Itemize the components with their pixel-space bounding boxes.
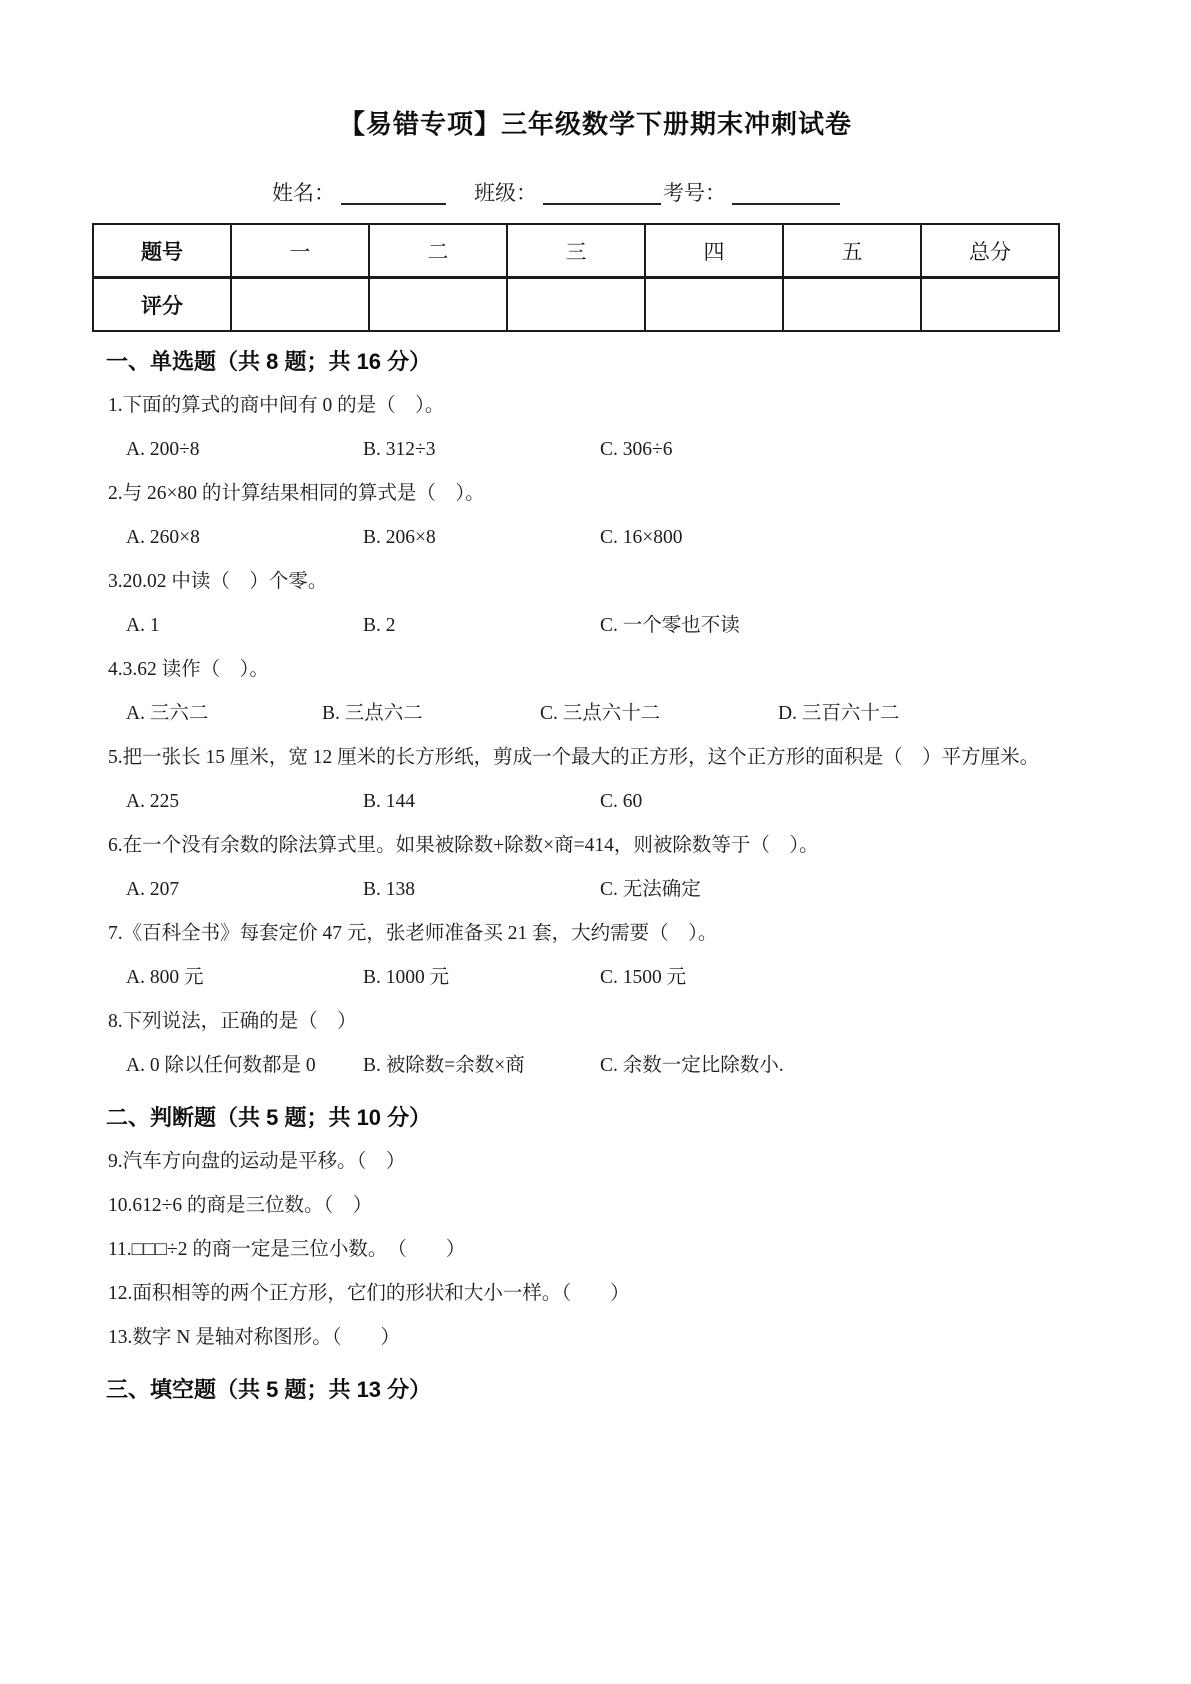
- exam-no-blank: [732, 180, 840, 205]
- question-text: 3.20.02 中读（ ）个零。: [0, 560, 1191, 604]
- exam-paper: 【易错专项】三年级数学下册期末冲刺试卷 姓名：班级：考号： 题号 一 二 三 四…: [0, 0, 1191, 1684]
- option: C. 16×800: [600, 516, 683, 560]
- question-section: 一、单选题（共 8 题；共 16 分）1.下面的算式的商中间有 0 的是（ ）。…: [0, 340, 1191, 1088]
- options-row: A. 1B. 2C. 一个零也不读: [0, 604, 1191, 648]
- score-table-header-row: 题号 一 二 三 四 五 总分: [93, 224, 1059, 278]
- option: C. 60: [600, 780, 642, 824]
- exam-no-label: 考号：: [663, 181, 726, 205]
- score-cell: [369, 278, 507, 332]
- score-cell: [783, 278, 921, 332]
- score-table-header-cell: 四: [645, 224, 783, 278]
- question-text: 7.《百科全书》每套定价 47 元，张老师准备买 21 套，大约需要（ ）。: [0, 912, 1191, 956]
- score-cell: [921, 278, 1059, 332]
- question-text: 5.把一张长 15 厘米，宽 12 厘米的长方形纸，剪成一个最大的正方形，这个正…: [0, 736, 1191, 780]
- options-row: A. 225B. 144C. 60: [0, 780, 1191, 824]
- question-text: 8.下列说法，正确的是（ ）: [0, 1000, 1191, 1044]
- option: C. 一个零也不读: [600, 604, 740, 648]
- score-row-label-cell: 评分: [93, 278, 231, 332]
- question-text: 6.在一个没有余数的除法算式里。如果被除数+除数×商=414，则被除数等于（ ）…: [0, 824, 1191, 868]
- question-text: 9.汽车方向盘的运动是平移。（ ）: [0, 1140, 1191, 1184]
- score-table: 题号 一 二 三 四 五 总分 评分: [92, 223, 1060, 332]
- exam-no-field: 考号：: [663, 177, 842, 207]
- question-text: 12.面积相等的两个正方形，它们的形状和大小一样。（ ）: [0, 1272, 1191, 1316]
- options-row: A. 800 元B. 1000 元C. 1500 元: [0, 956, 1191, 1000]
- score-table-header-cell: 一: [231, 224, 369, 278]
- score-cell: [231, 278, 369, 332]
- section-heading: 二、判断题（共 5 题；共 10 分）: [0, 1096, 1191, 1140]
- option: A. 三六二: [126, 692, 322, 736]
- page-title: 【易错专项】三年级数学下册期末冲刺试卷: [0, 0, 1191, 141]
- options-row: A. 207B. 138C. 无法确定: [0, 868, 1191, 912]
- option: C. 余数一定比除数小.: [600, 1044, 784, 1088]
- option: A. 225: [126, 780, 363, 824]
- option: B. 206×8: [363, 516, 600, 560]
- option: B. 138: [363, 868, 600, 912]
- student-info-line: 姓名：班级：考号：: [272, 177, 1191, 207]
- options-row: A. 0 除以任何数都是 0B. 被除数=余数×商C. 余数一定比除数小.: [0, 1044, 1191, 1088]
- class-field: 班级：: [474, 177, 663, 207]
- question-text: 10.612÷6 的商是三位数。（ ）: [0, 1184, 1191, 1228]
- score-cell: [645, 278, 783, 332]
- options-row: A. 200÷8B. 312÷3C. 306÷6: [0, 428, 1191, 472]
- question-text: 2.与 26×80 的计算结果相同的算式是（ ）。: [0, 472, 1191, 516]
- name-label: 姓名：: [272, 181, 335, 205]
- section-heading: 一、单选题（共 8 题；共 16 分）: [0, 340, 1191, 384]
- option: B. 2: [363, 604, 600, 648]
- question-section: 二、判断题（共 5 题；共 10 分）9.汽车方向盘的运动是平移。（ ）10.6…: [0, 1096, 1191, 1360]
- options-row: A. 260×8B. 206×8C. 16×800: [0, 516, 1191, 560]
- option: B. 三点六二: [322, 692, 540, 736]
- option: B. 144: [363, 780, 600, 824]
- name-field: 姓名：: [272, 177, 448, 207]
- question-text: 1.下面的算式的商中间有 0 的是（ ）。: [0, 384, 1191, 428]
- option: C. 1500 元: [600, 956, 686, 1000]
- option: A. 0 除以任何数都是 0: [126, 1044, 363, 1088]
- score-table-score-row: 评分: [93, 278, 1059, 332]
- section-heading: 三、填空题（共 5 题；共 13 分）: [0, 1368, 1191, 1412]
- option: C. 306÷6: [600, 428, 672, 472]
- question-section: 三、填空题（共 5 题；共 13 分）: [0, 1368, 1191, 1412]
- name-blank: [341, 180, 446, 205]
- option: B. 被除数=余数×商: [363, 1044, 600, 1088]
- option: C. 三点六十二: [540, 692, 778, 736]
- class-blank: [543, 180, 661, 205]
- question-text: 13.数字 N 是轴对称图形。（ ）: [0, 1316, 1191, 1360]
- score-table-header-cell: 总分: [921, 224, 1059, 278]
- option: A. 800 元: [126, 956, 363, 1000]
- score-table-header-cell: 题号: [93, 224, 231, 278]
- score-table-header-cell: 二: [369, 224, 507, 278]
- class-label: 班级：: [474, 181, 537, 205]
- score-cell: [507, 278, 645, 332]
- sections-container: 一、单选题（共 8 题；共 16 分）1.下面的算式的商中间有 0 的是（ ）。…: [0, 340, 1191, 1412]
- option: B. 1000 元: [363, 956, 600, 1000]
- score-table-header-cell: 三: [507, 224, 645, 278]
- option: B. 312÷3: [363, 428, 600, 472]
- option: D. 三百六十二: [778, 692, 899, 736]
- score-table-header-cell: 五: [783, 224, 921, 278]
- option: A. 207: [126, 868, 363, 912]
- options-row: A. 三六二B. 三点六二C. 三点六十二D. 三百六十二: [0, 692, 1191, 736]
- option: C. 无法确定: [600, 868, 701, 912]
- question-text: 4.3.62 读作（ ）。: [0, 648, 1191, 692]
- question-text: 11.□□□÷2 的商一定是三位小数。 （ ）: [0, 1228, 1191, 1272]
- option: A. 1: [126, 604, 363, 648]
- option: A. 260×8: [126, 516, 363, 560]
- option: A. 200÷8: [126, 428, 363, 472]
